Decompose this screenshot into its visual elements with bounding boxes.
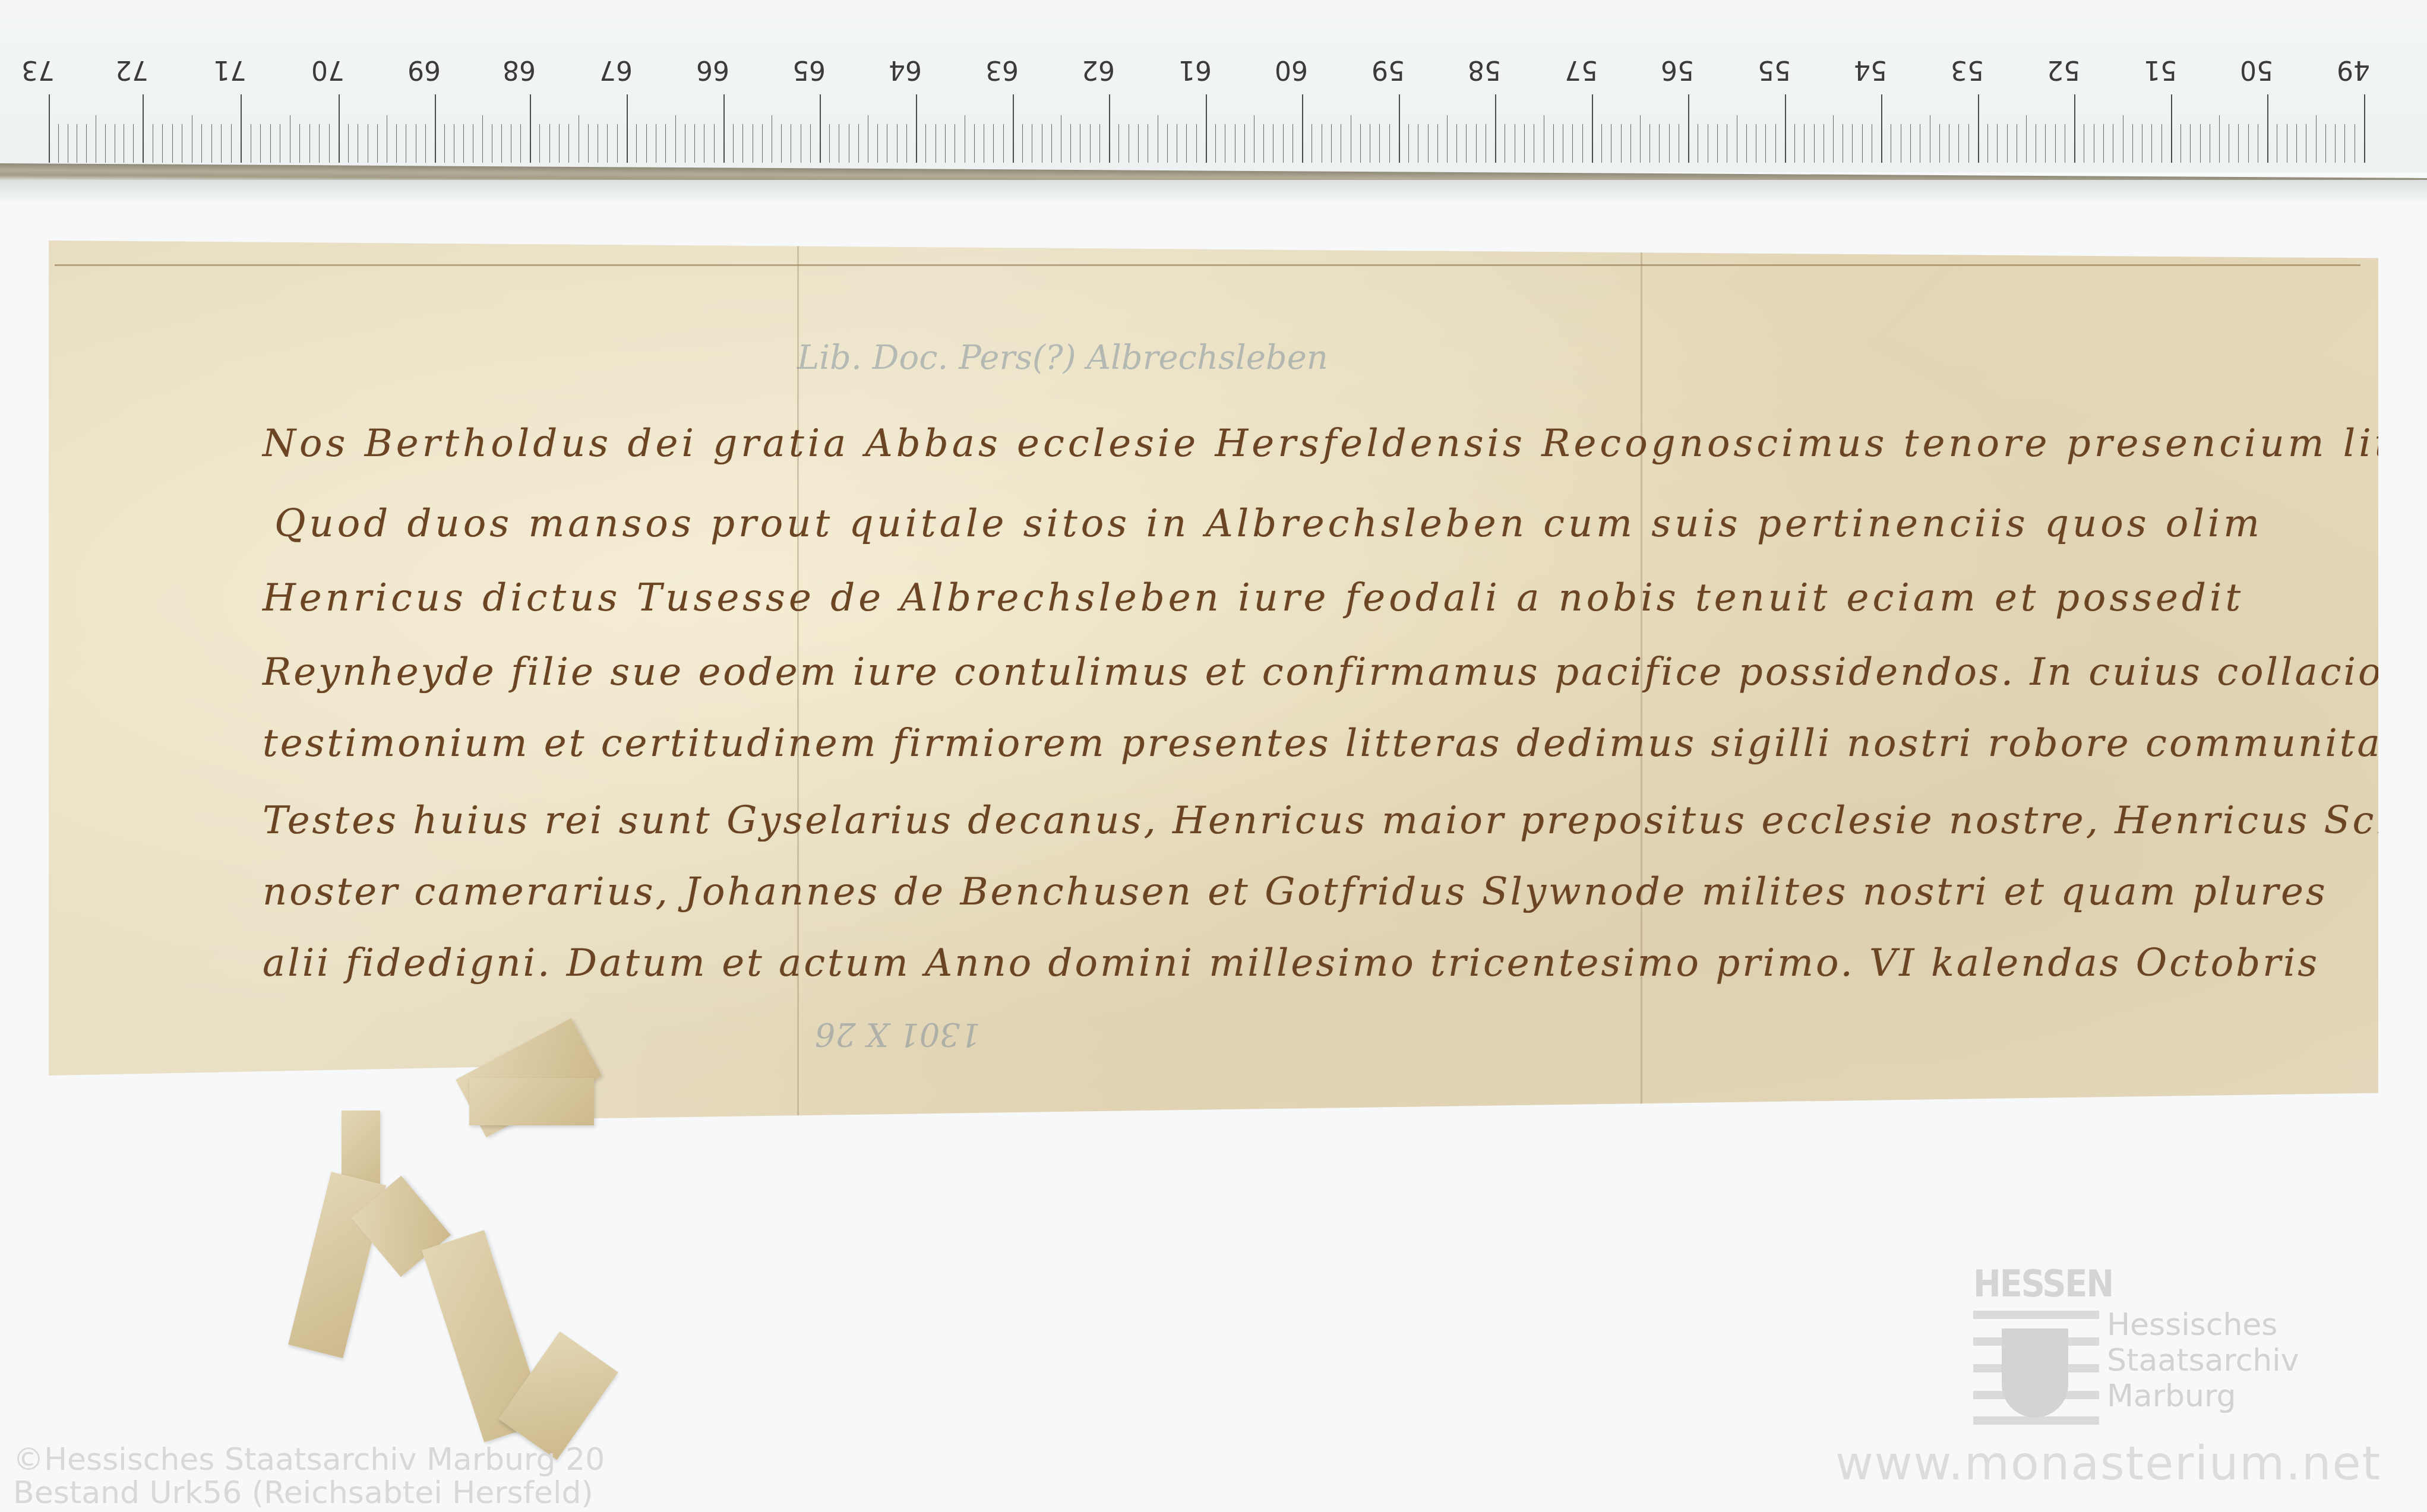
ruler-minor-tick	[260, 124, 261, 163]
ruler-minor-tick	[685, 124, 685, 163]
logo-text-line: Hessisches	[2107, 1307, 2277, 1343]
ruler-minor-tick	[742, 124, 743, 163]
ruler-minor-tick	[2287, 124, 2287, 163]
ruler-minor-tick	[2355, 124, 2355, 163]
collection-reference: Bestand Urk56 (Reichsabtei Hersfeld)	[13, 1475, 593, 1511]
ruler-minor-tick	[1794, 124, 1795, 163]
ruler-minor-tick	[1717, 124, 1718, 163]
copyright-notice: ©Hessisches Staatsarchiv Marburg 20	[13, 1442, 605, 1478]
ruler-major-tick	[1592, 94, 1593, 163]
ruler-major-tick	[1495, 94, 1496, 163]
ruler-minor-tick	[309, 124, 310, 163]
ruler-minor-tick	[2103, 124, 2104, 163]
ruler-minor-tick	[598, 124, 598, 163]
ruler-label: 65	[785, 55, 833, 85]
ruler-minor-tick	[77, 124, 77, 163]
ruler-minor-tick	[1167, 124, 1168, 163]
ruler-minor-tick	[1679, 124, 1679, 163]
ruler-major-tick	[2171, 94, 2172, 163]
ruler-minor-tick	[221, 124, 222, 163]
ruler-minor-tick	[211, 124, 212, 163]
ruler-label: 73	[14, 55, 62, 85]
ruler-label: 61	[1171, 55, 1219, 85]
ruler-minor-tick	[2123, 115, 2123, 163]
ruler-minor-tick	[290, 115, 290, 163]
ruler-minor-tick	[1891, 124, 1891, 163]
ruler-minor-tick	[231, 124, 232, 163]
ruler-minor-tick	[607, 124, 608, 163]
ruler-minor-tick	[801, 124, 801, 163]
ruler-minor-tick	[319, 124, 320, 163]
ruler-minor-tick	[1292, 124, 1293, 163]
ruler-minor-tick	[2238, 124, 2239, 163]
ruler-minor-tick	[2335, 124, 2336, 163]
ruler-major-tick	[2074, 94, 2075, 163]
ruler-minor-tick	[2344, 124, 2345, 163]
ruler-minor-tick	[1341, 124, 1341, 163]
ruler-minor-tick	[1370, 124, 1370, 163]
ruler-minor-tick	[1090, 124, 1091, 163]
ruler-minor-tick	[1428, 124, 1429, 163]
ruler-minor-tick	[887, 124, 887, 163]
ruler-major-tick	[916, 94, 917, 163]
ruler-minor-tick	[387, 115, 387, 163]
ruler-minor-tick	[1158, 115, 1158, 163]
ruler-minor-tick	[1534, 124, 1534, 163]
ruler-minor-tick	[251, 124, 251, 163]
ruler-minor-tick	[1389, 124, 1390, 163]
ruler-minor-tick	[1263, 124, 1264, 163]
charter-line-5: testimonium et certitudinem firmiorem pr…	[263, 722, 2404, 766]
ruler-minor-tick	[1476, 124, 1477, 163]
ruler-minor-tick	[1524, 124, 1525, 163]
ruler-major-tick	[1785, 94, 1786, 163]
ruler-major-tick	[241, 94, 242, 163]
ruler-minor-tick	[1968, 124, 1969, 163]
ruler-minor-tick	[791, 124, 791, 163]
ruler-minor-tick	[714, 124, 715, 163]
ruler-minor-tick	[2036, 124, 2036, 163]
archive-logo: HESSEN Hessisches Staatsarchiv Marburg	[1973, 1262, 2389, 1428]
ruler-minor-tick	[1997, 124, 1998, 163]
ruler-minor-tick	[1070, 124, 1071, 163]
ruler-major-tick	[1109, 94, 1110, 163]
charter-line-7: noster camerarius, Johannes de Benchusen…	[263, 870, 2328, 914]
ruler-major-tick	[143, 94, 144, 163]
ruler-minor-tick	[2180, 124, 2181, 163]
ruler-major-tick	[2267, 94, 2268, 163]
ruler-minor-tick	[1601, 124, 1602, 163]
ruler-minor-tick	[1910, 124, 1911, 163]
ruler-minor-tick	[1051, 124, 1052, 163]
ruler-minor-tick	[444, 124, 445, 163]
ruler-minor-tick	[2007, 124, 2008, 163]
ruler-label: 71	[206, 55, 254, 85]
charter-line-8: alii fidedigni. Datum et actum Anno domi…	[263, 941, 2319, 985]
ruler-minor-tick	[329, 124, 330, 163]
ruler-minor-tick	[492, 124, 492, 163]
ruler-minor-tick	[2055, 124, 2056, 163]
ruler-minor-tick	[1698, 124, 1698, 163]
ruler-minor-tick	[1273, 124, 1273, 163]
ruler-minor-tick	[270, 124, 271, 163]
charter-parchment: Lib. Doc. Pers(?) Albrechsleben 1301 X 2…	[49, 241, 2378, 1119]
ruler-minor-tick	[733, 124, 734, 163]
ruler-minor-tick	[1640, 115, 1641, 163]
ruler-minor-tick	[1669, 124, 1670, 163]
ruler-minor-tick	[675, 115, 676, 163]
ruler-minor-tick	[762, 124, 763, 163]
ruler-minor-tick	[1901, 124, 1901, 163]
hessen-coat-of-arms-icon	[1973, 1305, 2099, 1424]
ruler-minor-tick	[1118, 124, 1119, 163]
ruler-minor-tick	[1765, 124, 1766, 163]
ruler-minor-tick	[1351, 115, 1351, 163]
charter-line-1: Nos Bertholdus dei gratia Abbas ecclesie…	[263, 422, 2427, 466]
ruler-minor-tick	[1080, 124, 1080, 163]
ruler-minor-tick	[2248, 124, 2249, 163]
ruler-label: 52	[2040, 55, 2087, 85]
ruler-minor-tick	[694, 124, 695, 163]
ruler-minor-tick	[1456, 124, 1457, 163]
dorsal-note: 1301 X 26	[815, 1016, 981, 1053]
logo-text-line: Marburg	[2107, 1378, 2236, 1415]
ruler-minor-tick	[646, 124, 647, 163]
ruler-minor-tick	[2151, 124, 2152, 163]
ruler-minor-tick	[1235, 124, 1235, 163]
ruler-minor-tick	[1042, 124, 1042, 163]
ruler-minor-tick	[153, 124, 153, 163]
ruler-minor-tick	[2142, 124, 2142, 163]
ruler-minor-tick	[665, 124, 666, 163]
ruler-major-tick	[1302, 94, 1303, 163]
ruler-minor-tick	[858, 124, 859, 163]
ruler-minor-tick	[772, 115, 772, 163]
charter-line-6: Testes huius rei sunt Gyselarius decanus…	[263, 799, 2427, 843]
ruler-minor-tick	[617, 124, 618, 163]
ruler-minor-tick	[839, 124, 839, 163]
ruler-minor-tick	[810, 124, 811, 163]
charter-line-3: Henricus dictus Tusesse de Albrechsleben…	[263, 576, 2244, 620]
ruler-minor-tick	[1833, 115, 1834, 163]
logo-hessen-wordmark: HESSEN	[1973, 1262, 2113, 1305]
ruler-label: 60	[1268, 55, 1315, 85]
ruler-minor-tick	[1486, 124, 1486, 163]
ruler-minor-tick	[520, 124, 521, 163]
ruler-minor-tick	[974, 124, 975, 163]
ruler-minor-tick	[280, 124, 280, 163]
ruler-minor-tick	[2065, 124, 2065, 163]
ruler-label: 59	[1364, 55, 1412, 85]
measuring-ruler: 7372717069686766656463626160595857565554…	[0, 0, 2427, 172]
ruler-minor-tick	[1611, 124, 1611, 163]
ruler-minor-tick	[105, 124, 106, 163]
ruler-minor-tick	[2113, 124, 2113, 163]
ruler-minor-tick	[1244, 124, 1245, 163]
ruler-minor-tick	[1254, 115, 1254, 163]
ruler-minor-tick	[416, 124, 416, 163]
ruler-minor-tick	[2325, 124, 2326, 163]
ruler-minor-tick	[1447, 115, 1448, 163]
ruler-minor-tick	[993, 124, 994, 163]
ruler-minor-tick	[1322, 124, 1322, 163]
ruler-major-tick	[1399, 94, 1400, 163]
ruler-minor-tick	[1129, 124, 1129, 163]
ruler-major-tick	[435, 94, 436, 163]
ruler-label: 67	[592, 55, 640, 85]
ruler-minor-tick	[1177, 124, 1177, 163]
ruler-major-tick	[627, 94, 628, 163]
ruler-minor-tick	[2200, 124, 2201, 163]
ruler-minor-tick	[2094, 124, 2094, 163]
charter-line-2: Quod duos mansos prout quitale sitos in …	[274, 502, 2263, 546]
ruler-minor-tick	[377, 124, 378, 163]
ruler-minor-tick	[1215, 124, 1216, 163]
ruler-minor-tick	[86, 124, 87, 163]
ruler-minor-tick	[1582, 124, 1583, 163]
ruler-minor-tick	[1804, 124, 1805, 163]
ruler-label: 50	[2233, 55, 2280, 85]
ruler-minor-tick	[1746, 124, 1747, 163]
ruler-minor-tick	[406, 124, 406, 163]
ruler-minor-tick	[1572, 124, 1573, 163]
ruler-minor-tick	[1544, 115, 1544, 163]
website-watermark: www.monasterium.net	[1835, 1437, 2381, 1491]
ruler-minor-tick	[1939, 124, 1940, 163]
ruler-minor-tick	[1708, 124, 1708, 163]
ruler-minor-tick	[511, 124, 511, 163]
ruler-shadow	[0, 180, 2427, 204]
ruler-minor-tick	[2306, 124, 2306, 163]
ruler-minor-tick	[1515, 124, 1515, 163]
ruler-minor-tick	[1814, 124, 1815, 163]
ruler-minor-tick	[368, 124, 368, 163]
ruler-minor-tick	[58, 124, 59, 163]
ruler-minor-tick	[1148, 124, 1148, 163]
ruler-minor-tick	[482, 115, 483, 163]
ruler-major-tick	[820, 94, 821, 163]
ruler-minor-tick	[501, 124, 502, 163]
ruler-minor-tick	[1553, 124, 1554, 163]
ruler-minor-tick	[1505, 124, 1505, 163]
ruler-minor-tick	[162, 124, 163, 163]
ruler-label: 70	[304, 55, 352, 85]
ruler-minor-tick	[96, 115, 96, 163]
ruler-minor-tick	[568, 124, 569, 163]
ruler-minor-tick	[1283, 124, 1284, 163]
ruler-major-tick	[1978, 94, 1979, 163]
ruler-minor-tick	[1862, 124, 1863, 163]
ruler-minor-tick	[849, 124, 849, 163]
ruler-minor-tick	[2258, 124, 2258, 163]
ruler-minor-tick	[1872, 124, 1872, 163]
ruler-minor-tick	[115, 124, 115, 163]
ruler-minor-tick	[396, 124, 397, 163]
ruler-major-tick	[1881, 94, 1882, 163]
ruler-minor-tick	[1437, 124, 1438, 163]
parchment-ruled-line	[55, 264, 2360, 266]
ruler-minor-tick	[425, 124, 426, 163]
ruler-minor-tick	[1737, 115, 1737, 163]
ruler-major-tick	[2364, 94, 2365, 163]
ruler-label: 62	[1075, 55, 1122, 85]
ruler-major-tick	[530, 94, 531, 163]
ruler-minor-tick	[955, 124, 955, 163]
ruler-minor-tick	[68, 124, 68, 163]
ruler-minor-tick	[2017, 124, 2017, 163]
ruler-minor-tick	[704, 124, 704, 163]
ruler-minor-tick	[636, 124, 637, 163]
ruler-minor-tick	[1331, 124, 1332, 163]
ruler-major-tick	[723, 94, 725, 163]
ruler-label: 56	[1654, 55, 1701, 85]
ruler-minor-tick	[781, 124, 782, 163]
ruler-minor-tick	[877, 124, 878, 163]
ruler-minor-tick	[2190, 124, 2191, 163]
ruler-label: 63	[978, 55, 1026, 85]
ruler-major-tick	[1206, 94, 1207, 163]
ruler-minor-tick	[463, 124, 464, 163]
ruler-label: 57	[1557, 55, 1605, 85]
ruler-minor-tick	[1621, 124, 1622, 163]
ruler-minor-tick	[2026, 115, 2027, 163]
ruler-minor-tick	[1099, 124, 1100, 163]
ruler-minor-tick	[1727, 124, 1727, 163]
ruler-label: 54	[1847, 55, 1894, 85]
ruler-minor-tick	[1756, 124, 1756, 163]
ruler-minor-tick	[1022, 124, 1023, 163]
ruler-minor-tick	[984, 124, 984, 163]
ruler-label: 66	[689, 55, 737, 85]
ruler-minor-tick	[559, 124, 560, 163]
ruler-minor-tick	[897, 124, 898, 163]
ruler-minor-tick	[1987, 124, 1988, 163]
ruler-minor-tick	[588, 124, 589, 163]
ruler-minor-tick	[829, 124, 830, 163]
ruler-label: 72	[108, 55, 156, 85]
ruler-major-tick	[1688, 94, 1689, 163]
ruler-minor-tick	[1852, 124, 1853, 163]
charter-line-4: Reynheyde filie sue eodem iure contulimu…	[263, 650, 2427, 694]
ruler-minor-tick	[2210, 124, 2210, 163]
ruler-minor-tick	[965, 115, 965, 163]
logo-text-line: Staatsarchiv	[2107, 1342, 2299, 1379]
ruler-minor-tick	[1186, 124, 1187, 163]
ruler-major-tick	[1013, 94, 1014, 163]
ruler-minor-tick	[2132, 124, 2133, 163]
ruler-label: 64	[881, 55, 929, 85]
ruler-minor-tick	[549, 124, 550, 163]
dorsal-note: Lib. Doc. Pers(?) Albrechsleben	[797, 339, 1328, 377]
ruler-minor-tick	[201, 124, 202, 163]
ruler-minor-tick	[133, 124, 134, 163]
ruler-minor-tick	[868, 115, 868, 163]
ruler-minor-tick	[936, 124, 936, 163]
ruler-minor-tick	[1920, 124, 1920, 163]
ruler-minor-tick	[1649, 124, 1650, 163]
ruler-minor-tick	[1659, 124, 1660, 163]
ruler-minor-tick	[945, 124, 946, 163]
ruler-minor-tick	[1958, 124, 1959, 163]
ruler-minor-tick	[1061, 115, 1061, 163]
ruler-minor-tick	[2277, 124, 2277, 163]
ruler-minor-tick	[1930, 115, 1930, 163]
ruler-label: 55	[1750, 55, 1798, 85]
ruler-label: 53	[1944, 55, 1991, 85]
ruler-minor-tick	[925, 124, 926, 163]
ruler-label: 68	[495, 55, 543, 85]
ruler-minor-tick	[1630, 124, 1631, 163]
ruler-minor-tick	[1775, 124, 1776, 163]
ruler-minor-tick	[124, 124, 124, 163]
ruler-minor-tick	[1196, 124, 1197, 163]
ruler-minor-tick	[539, 124, 540, 163]
ruler-minor-tick	[192, 115, 192, 163]
ruler-minor-tick	[2296, 124, 2297, 163]
ruler-minor-tick	[1843, 124, 1843, 163]
ruler-minor-tick	[1563, 124, 1563, 163]
ruler-minor-tick	[182, 124, 182, 163]
ruler-minor-tick	[1418, 124, 1418, 163]
ruler-minor-tick	[753, 124, 753, 163]
ruler-minor-tick	[1408, 124, 1409, 163]
ruler-minor-tick	[1225, 124, 1225, 163]
ruler-minor-tick	[348, 124, 349, 163]
ruler-minor-tick	[454, 124, 454, 163]
ruler-minor-tick	[1379, 124, 1380, 163]
ruler-minor-tick	[906, 124, 907, 163]
ruler-minor-tick	[1032, 124, 1032, 163]
ruler-major-tick	[49, 94, 50, 163]
ruler-label: 49	[2330, 55, 2377, 85]
ruler-label: 58	[1461, 55, 1508, 85]
ruler-minor-tick	[299, 124, 300, 163]
ruler-minor-tick	[1312, 124, 1312, 163]
ruler-label: 51	[2137, 55, 2184, 85]
ruler-minor-tick	[1003, 124, 1004, 163]
ruler-minor-tick	[2045, 124, 2046, 163]
ruler-label: 69	[400, 55, 448, 85]
ruler-minor-tick	[172, 124, 173, 163]
ruler-minor-tick	[1138, 124, 1139, 163]
ruler-minor-tick	[2316, 115, 2317, 163]
ruler-minor-tick	[2229, 124, 2229, 163]
ruler-minor-tick	[656, 124, 656, 163]
ruler-minor-tick	[1949, 124, 1949, 163]
ruler-minor-tick	[1824, 124, 1824, 163]
ruler-minor-tick	[1360, 124, 1361, 163]
ruler-major-tick	[339, 94, 340, 163]
ruler-minor-tick	[473, 124, 473, 163]
ruler-minor-tick	[2084, 124, 2084, 163]
ruler-minor-tick	[2219, 115, 2220, 163]
ruler-minor-tick	[579, 115, 579, 163]
ruler-minor-tick	[358, 124, 358, 163]
ruler-minor-tick	[2161, 124, 2162, 163]
ruler-minor-tick	[1466, 124, 1467, 163]
